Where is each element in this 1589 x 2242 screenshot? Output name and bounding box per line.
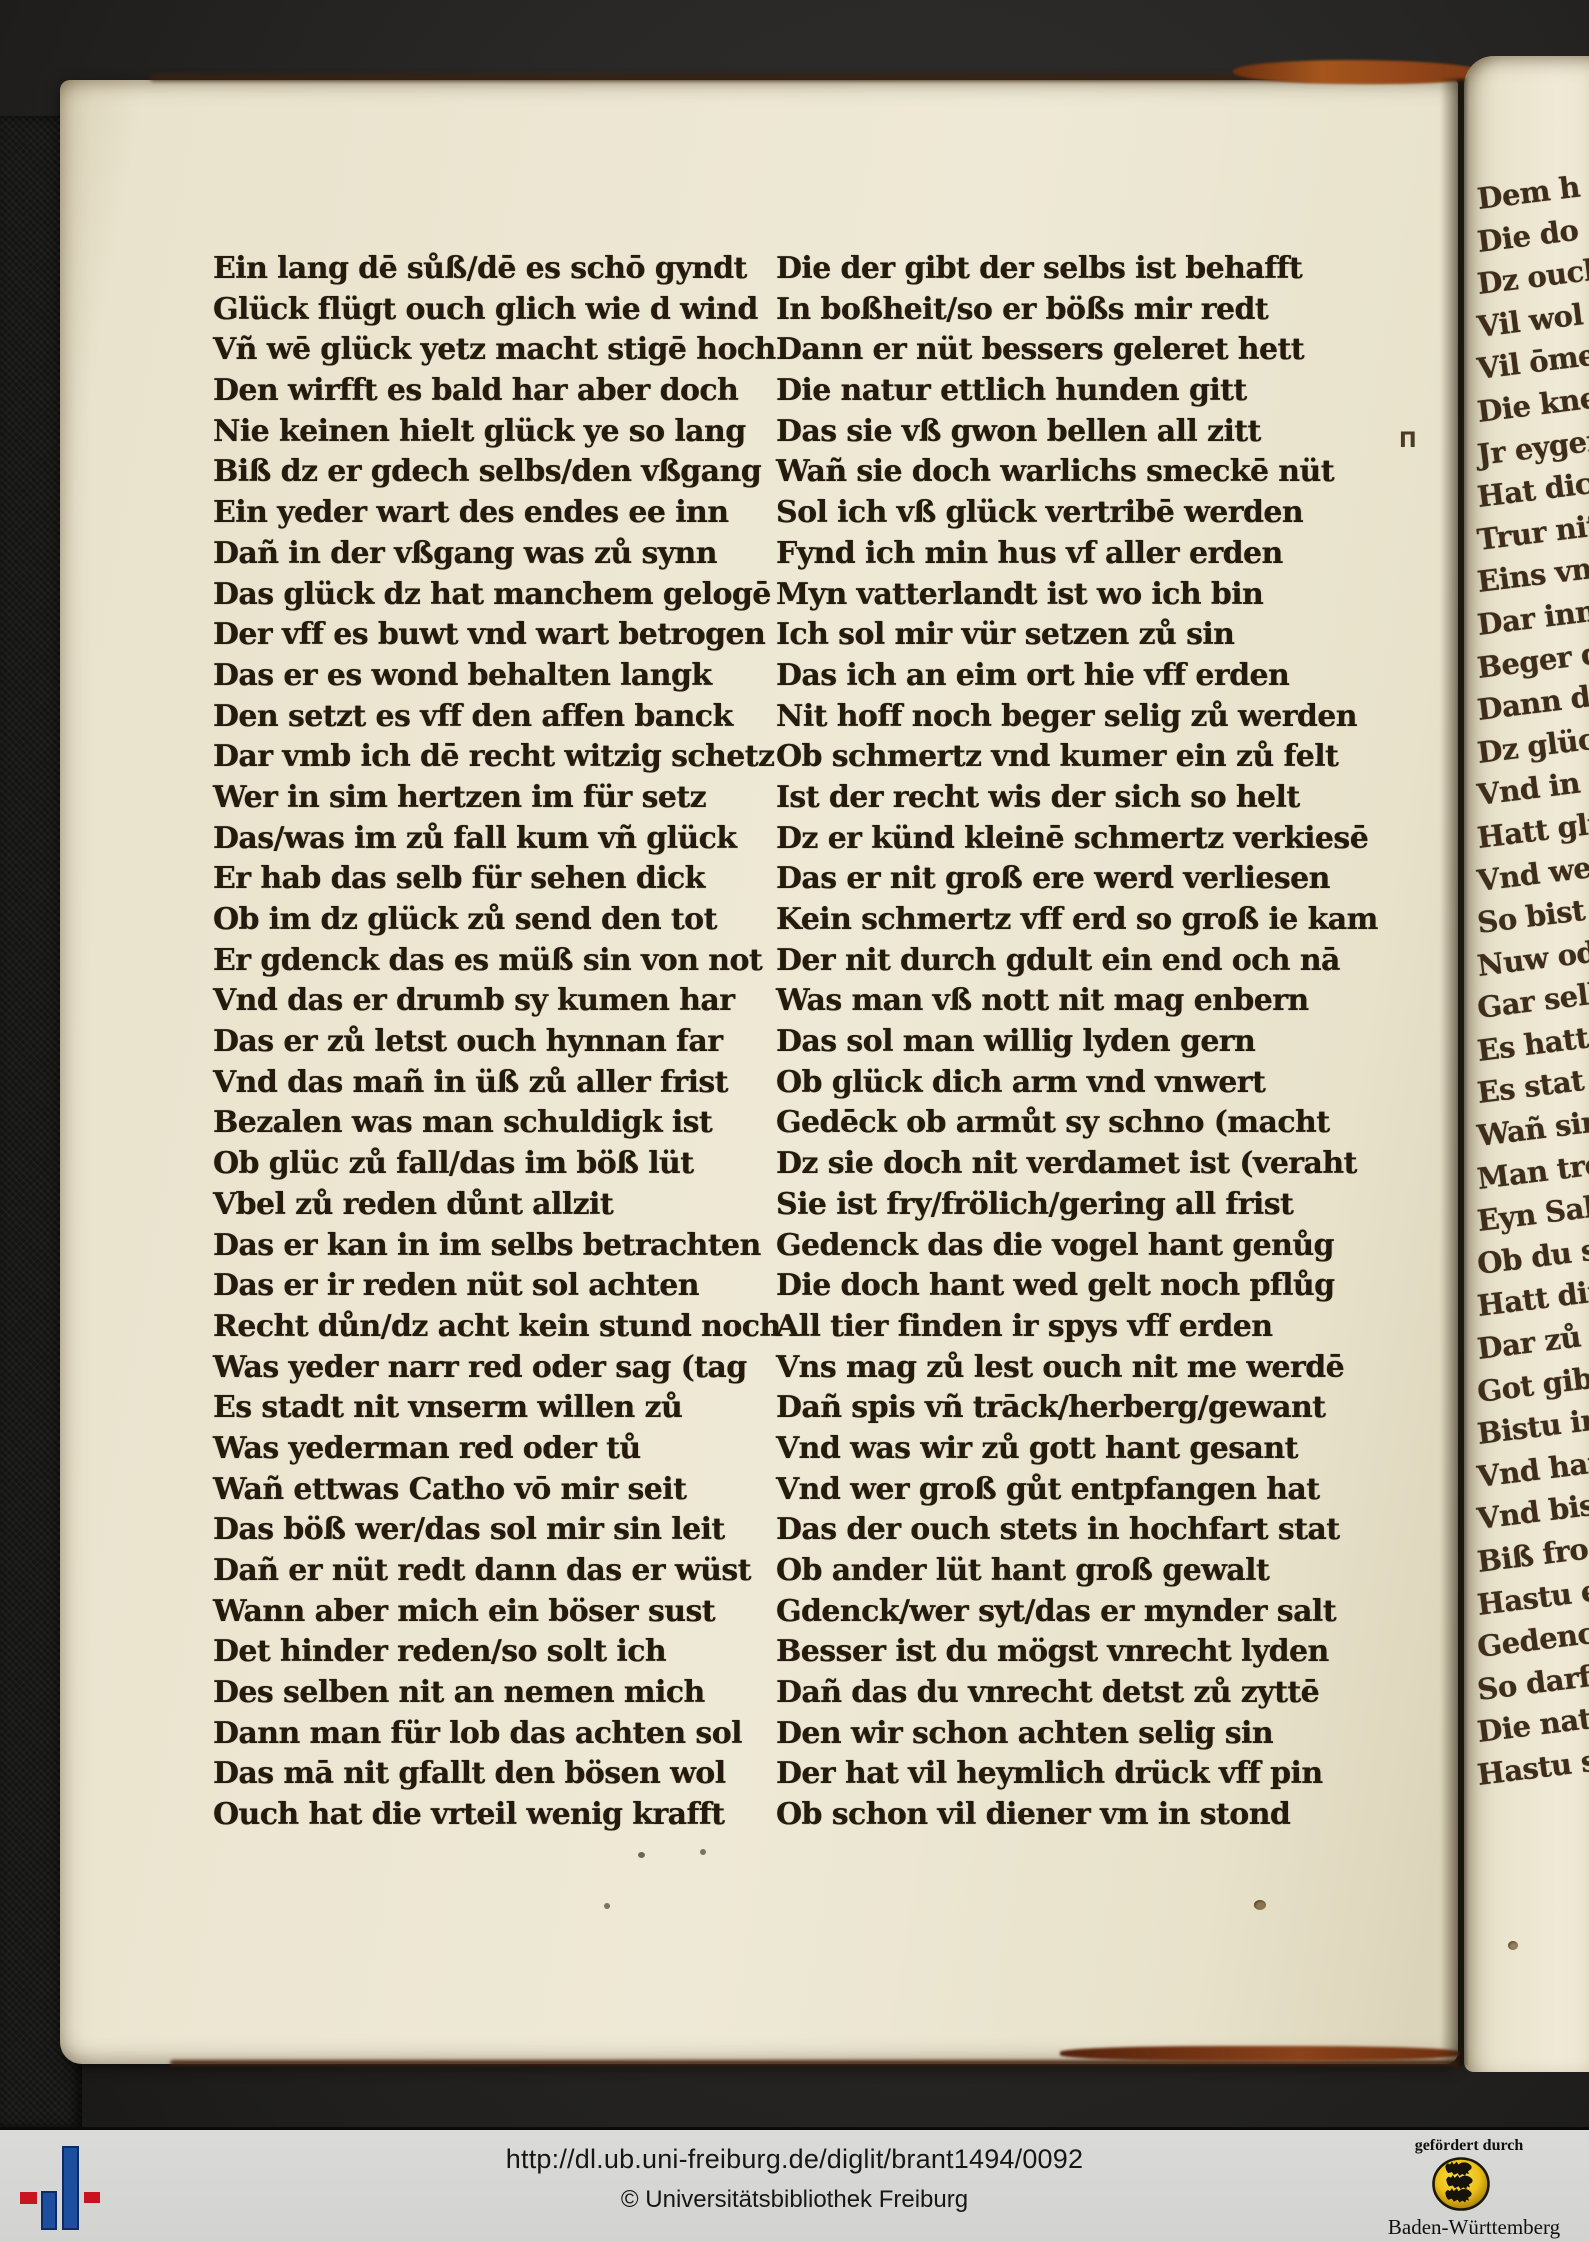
text-line: Das er es wond behalten langk <box>213 656 788 697</box>
text-line: Dz sie doch nit verdamet ist (veraht <box>776 1144 1351 1185</box>
text-line: Es stadt nit vnserm willen zů <box>213 1388 788 1429</box>
text-line: Des selben nit an nemen mich <box>213 1673 788 1714</box>
text-line: Das ich an eim ort hie vff erden <box>776 656 1351 697</box>
text-line: Den wirfft es bald har aber doch <box>213 371 788 412</box>
footer-bar: http://dl.ub.uni-freiburg.de/diglit/bran… <box>0 2127 1589 2242</box>
text-line: Ist der recht wis der sich so helt <box>776 778 1351 819</box>
text-line: Das böß wer/das sol mir sin leit <box>213 1510 788 1551</box>
text-line: Vbel zů reden důnt allzit <box>213 1185 788 1226</box>
text-line: Das sol man willig lyden gern <box>776 1022 1351 1063</box>
ink-speck <box>700 1849 706 1855</box>
text-line: Dann er nüt bessers geleret hett <box>776 330 1351 371</box>
text-line: Vnd das er drumb sy kumen har <box>213 981 788 1022</box>
ink-speck <box>638 1852 645 1858</box>
right-column: Die der gibt der selbs ist behafftIn boß… <box>776 249 1351 1836</box>
ink-speck <box>604 1903 610 1909</box>
text-line: Die doch hant wed gelt noch pflůg <box>776 1266 1351 1307</box>
text-line: Die natur ettlich hunden gitt <box>776 371 1351 412</box>
text-line: Was yeder narr red oder sag (tag <box>213 1348 788 1389</box>
text-line: Das er nit groß ere werd verliesen <box>776 859 1351 900</box>
red-stained-bottom-edge <box>1060 2046 1460 2061</box>
text-line: Der nit durch gdult ein end och nā <box>776 941 1351 982</box>
page-top-edge-shadow <box>150 74 1390 81</box>
library-logo <box>18 2145 108 2233</box>
text-line: Was yederman red oder tů <box>213 1429 788 1470</box>
text-line: Kein schmertz vff erd so groß ie kam <box>776 900 1351 941</box>
text-line: Myn vatterlandt ist wo ich bin <box>776 575 1351 616</box>
text-line: Ob im dz glück zů send den tot <box>213 900 788 941</box>
text-line: Nie keinen hielt glück ye so lang <box>213 412 788 453</box>
text-line: Gedēck ob armůt sy schno (macht <box>776 1103 1351 1144</box>
text-line: Ein yeder wart des endes ee inn <box>213 493 788 534</box>
text-line: Ob glück dich arm vnd vnwert <box>776 1063 1351 1104</box>
text-line: Vnd was wir zů gott hant gesant <box>776 1429 1351 1470</box>
text-line: Fynd ich min hus vf aller erden <box>776 534 1351 575</box>
text-line: Vns mag zů lest ouch nit me werdē <box>776 1348 1351 1389</box>
funding-caption: gefördert durch <box>1380 2137 1558 2155</box>
text-line: Vnd das mañ in üß zů aller frist <box>213 1063 788 1104</box>
text-line: Was man vß nott nit mag enbern <box>776 981 1351 1022</box>
logo-blue-bar-tall <box>62 2146 79 2230</box>
bw-coat-of-arms-icon <box>1431 2156 1491 2212</box>
text-line: Die der gibt der selbs ist behafft <box>776 249 1351 290</box>
next-page-edge-text: Dem hDie doDz ouchVil wolVil ōmeDie kneJ… <box>1478 178 1589 1797</box>
left-column: Ein lang dē sůß/dē es schō gyndtGlück fl… <box>213 249 788 1836</box>
text-line: Er hab das selb für sehen dick <box>213 859 788 900</box>
text-line: Besser ist du mögst vnrecht lyden <box>776 1632 1351 1673</box>
text-line: Der hat vil heymlich drück vff pin <box>776 1754 1351 1795</box>
text-line: Sie ist fry/frölich/gering all frist <box>776 1185 1351 1226</box>
text-line: Wañ sie doch warlichs smeckē nüt <box>776 452 1351 493</box>
text-line: Ob glüc zů fall/das im böß lüt <box>213 1144 788 1185</box>
book-scan-viewer: Ein lang dē sůß/dē es schō gyndtGlück fl… <box>0 0 1589 2242</box>
text-line: Das er kan in im selbs betrachten <box>213 1226 788 1267</box>
text-line: Vñ wē glück yetz macht stigē hoch <box>213 330 788 371</box>
text-line: Dar vmb ich dē recht witzig schetz <box>213 737 788 778</box>
copyright-line: © Universitätsbibliothek Freiburg <box>0 2186 1589 2214</box>
text-line: Den setzt es vff den affen banck <box>213 697 788 738</box>
text-line: Sol ich vß glück vertribē werden <box>776 493 1351 534</box>
funding-badge: gefördert durch Baden-Württemberg <box>1380 2131 1580 2239</box>
text-line: Nit hoff noch beger selig zů werden <box>776 697 1351 738</box>
text-line: In boßheit/so er bößs mir redt <box>776 290 1351 331</box>
text-line: Wann aber mich ein böser sust <box>213 1592 788 1633</box>
text-line: Biß dz er gdech selbs/den vßgang <box>213 452 788 493</box>
text-line: Das glück dz hat manchem gelogē <box>213 575 788 616</box>
text-line: All tier finden ir spys vff erden <box>776 1307 1351 1348</box>
text-line: Das er zů letst ouch hynnan far <box>213 1022 788 1063</box>
text-line: Das der ouch stets in hochfart stat <box>776 1510 1351 1551</box>
text-line: Recht důn/dz acht kein stund noch <box>213 1307 788 1348</box>
text-line: Bezalen was man schuldigk ist <box>213 1103 788 1144</box>
text-line: Ob schmertz vnd kumer ein zů felt <box>776 737 1351 778</box>
funding-region-label: Baden-Württemberg <box>1380 2215 1568 2240</box>
text-line: Das sie vß gwon bellen all zitt <box>776 412 1351 453</box>
wormhole <box>1508 1941 1518 1950</box>
text-line: Dz er künd kleinē schmertz verkiesē <box>776 819 1351 860</box>
logo-red-bar-left <box>20 2192 37 2204</box>
text-line: Ein lang dē sůß/dē es schō gyndt <box>213 249 788 290</box>
text-line: Dañ das du vnrecht detst zů zyttē <box>776 1673 1351 1714</box>
text-line: Ob schon vil diener vm in stond <box>776 1795 1351 1836</box>
text-line: Gedenck das die vogel hant genůg <box>776 1226 1351 1267</box>
page-gutter-crease <box>1440 78 1468 2066</box>
text-line: Das er ir reden nüt sol achten <box>213 1266 788 1307</box>
text-line: Den wir schon achten selig sin <box>776 1714 1351 1755</box>
text-line: Dann man für lob das achten sol <box>213 1714 788 1755</box>
text-line: Wañ ettwas Catho vō mir seit <box>213 1470 788 1511</box>
text-line: Vnd wer groß gůt entpfangen hat <box>776 1470 1351 1511</box>
text-line: Gdenck/wer syt/das er mynder salt <box>776 1592 1351 1633</box>
text-line: Er gdenck das es müß sin von not <box>213 941 788 982</box>
logo-red-bar-right <box>84 2192 100 2203</box>
text-line: Der vff es buwt vnd wart betrogen <box>213 615 788 656</box>
source-url: http://dl.ub.uni-freiburg.de/diglit/bran… <box>0 2144 1589 2175</box>
text-line: Ob ander lüt hant groß gewalt <box>776 1551 1351 1592</box>
text-line: Dañ in der vßgang was zů synn <box>213 534 788 575</box>
text-line: Dañ spis vñ trāck/herberg/gewant <box>776 1388 1351 1429</box>
text-line: Ouch hat die vrteil wenig krafft <box>213 1795 788 1836</box>
text-line: Das mā nit gfallt den bösen wol <box>213 1754 788 1795</box>
text-line: Glück flügt ouch glich wie d wind <box>213 290 788 331</box>
text-line: Dañ er nüt redt dann das er wüst <box>213 1551 788 1592</box>
margin-mark: Π <box>1399 428 1417 452</box>
text-line: Det hinder reden/so solt ich <box>213 1632 788 1673</box>
text-line: Ich sol mir vür setzen zů sin <box>776 615 1351 656</box>
wormhole <box>1254 1900 1266 1910</box>
text-line: Wer in sim hertzen im für setz <box>213 778 788 819</box>
text-line: Das/was im zů fall kum vñ glück <box>213 819 788 860</box>
logo-blue-bar-short <box>41 2191 57 2230</box>
